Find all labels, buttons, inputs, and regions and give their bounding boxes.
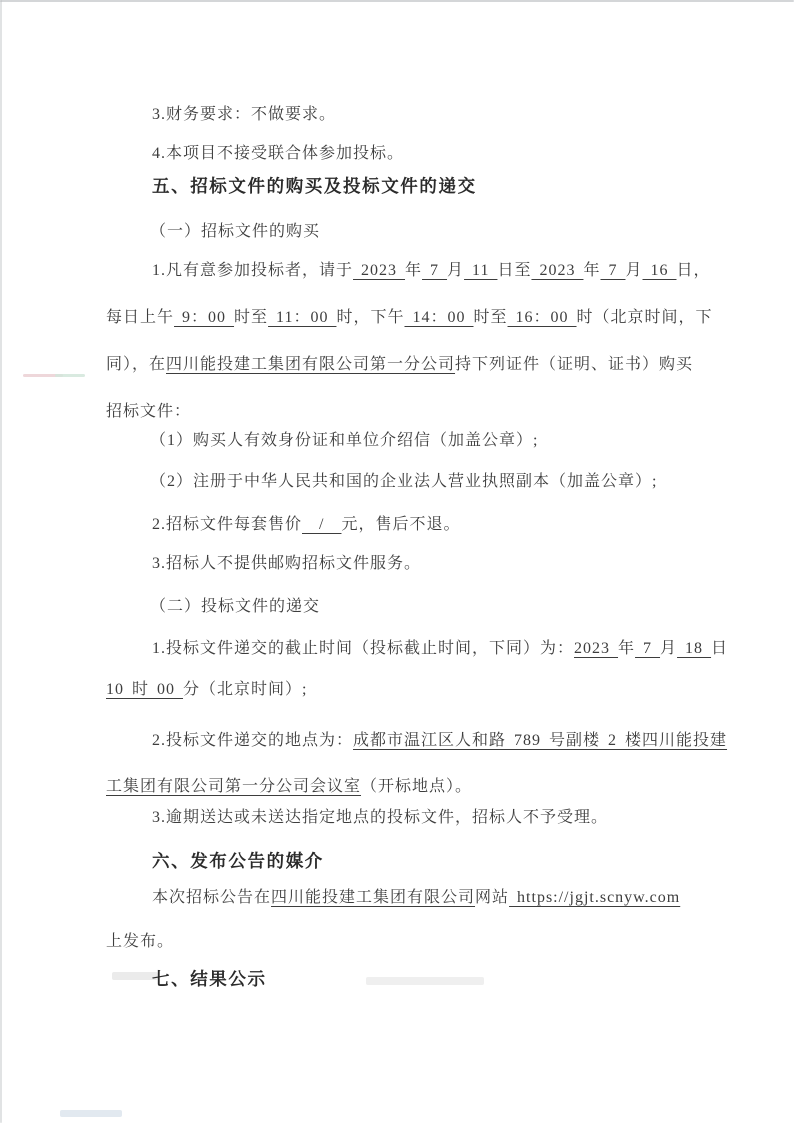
smudge-gray-right-of-heading7: [366, 977, 484, 985]
text-run: （1）购买人有效身份证和单位介绍信（加盖公章）;: [150, 432, 538, 449]
text-run: 招标文件：: [106, 403, 191, 420]
scan-left-edge: [0, 0, 2, 1123]
document-line-certificate-2: （2）注册于中华人民共和国的企业法人营业执照副本（加盖公章）;: [150, 470, 657, 494]
text-run: 3.逾期送达或未送达指定地点的投标文件，招标人不予受理。: [152, 809, 608, 826]
underlined-text: 11：00: [268, 309, 336, 326]
document-page: 3.财务要求：不做要求。4.本项目不接受联合体参加投标。五、招标文件的购买及投标…: [0, 0, 794, 1123]
text-run: 3.财务要求：不做要求。: [152, 106, 336, 123]
document-line-deadline-line2: 10 时 00 分（北京时间）;: [106, 678, 307, 702]
text-run: 2.投标文件递交的地点为：: [152, 732, 353, 749]
text-run: 本次招标公告在: [152, 889, 271, 906]
text-run: 2.招标文件每套售价: [152, 516, 302, 533]
document-line-item3-finance: 3.财务要求：不做要求。: [152, 103, 336, 127]
smudge-pink: [23, 374, 63, 377]
document-line-purchase-para-line2: 每日上午 9：00 时至 11：00 时，下午 14：00 时至 16：00 时…: [106, 306, 713, 330]
underlined-text: 7: [600, 262, 625, 279]
document-line-purchase-para-line1: 1.凡有意参加投标者，请于 2023 年 7 月 11 日至 2023 年 7 …: [152, 259, 711, 283]
underlined-text: 18: [677, 640, 711, 657]
document-line-heading-section-6: 六、发布公告的媒介: [152, 849, 324, 873]
underlined-text: 9：00: [174, 309, 234, 326]
document-line-deadline-line1: 1.投标文件递交的截止时间（投标截止时间，下同）为：2023 年 7 月 18 …: [152, 637, 728, 661]
document-line-address-line2: 工集团有限公司第一分公司会议室（开标地点）。: [106, 775, 472, 799]
text-run: 年: [405, 262, 422, 279]
document-line-media-line1: 本次招标公告在四川能投建工集团有限公司网站 https://jgjt.scnyw…: [152, 886, 680, 910]
text-run: 月: [625, 262, 642, 279]
document-line-subsection-2-title: （二）投标文件的递交: [150, 595, 320, 619]
text-run: （二）投标文件的递交: [150, 598, 320, 615]
text-run: 日: [711, 640, 728, 657]
underlined-text: 11: [464, 262, 497, 279]
underlined-text: 7: [635, 640, 660, 657]
text-run: 时至: [234, 309, 268, 326]
underlined-text: 四川能投建工集团有限公司第一分公司: [166, 356, 455, 373]
underlined-text: 成都市温江区人和路 789 号副楼 2 楼四川能投建: [353, 732, 727, 749]
document-line-subsection-1-title: （一）招标文件的购买: [150, 220, 320, 244]
document-line-address-line1: 2.投标文件递交的地点为：成都市温江区人和路 789 号副楼 2 楼四川能投建: [152, 729, 727, 753]
document-line-heading-section-7: 七、结果公示: [152, 967, 267, 991]
text-run: 同），在: [106, 356, 166, 373]
scan-top-edge: [0, 0, 794, 2]
underlined-text: 四川能投建工集团有限公司: [271, 889, 475, 906]
underlined-text: 工集团有限公司第一分公司会议室: [106, 778, 361, 795]
text-run: 日至: [497, 262, 531, 279]
underlined-text: 7: [422, 262, 447, 279]
text-run: （一）招标文件的购买: [150, 223, 320, 240]
text-run: 日，: [677, 262, 711, 279]
text-run: 月: [447, 262, 464, 279]
underlined-text: 10 时 00: [106, 681, 183, 698]
underlined-text: 2023: [353, 262, 405, 279]
text-run: 4.本项目不接受联合体参加投标。: [152, 145, 404, 162]
document-line-item3-late-delivery: 3.逾期送达或未送达指定地点的投标文件，招标人不予受理。: [152, 806, 608, 830]
text-run: 元，售后不退。: [341, 516, 460, 533]
smudge-blue-bottom-left: [60, 1110, 122, 1117]
smudge-green: [55, 374, 85, 377]
document-line-purchase-para-line4: 招标文件：: [106, 400, 191, 424]
document-line-item4-consortium: 4.本项目不接受联合体参加投标。: [152, 142, 404, 166]
text-run: 3.招标人不提供邮购招标文件服务。: [152, 555, 421, 572]
text-run: （开标地点）。: [361, 778, 472, 795]
underlined-text: 14：00: [404, 309, 473, 326]
text-run: 1.凡有意参加投标者，请于: [152, 262, 353, 279]
underlined-text: https://jgjt.scnyw.com: [509, 889, 680, 906]
text-run: 月: [660, 640, 677, 657]
text-run: 1.投标文件递交的截止时间（投标截止时间，下同）为：: [152, 640, 574, 657]
underlined-text: 16：00: [508, 309, 577, 326]
text-run: 上发布。: [106, 933, 174, 950]
text-run: 每日上午: [106, 309, 174, 326]
document-line-purchase-para-line3: 同），在四川能投建工集团有限公司第一分公司持下列证件（证明、证书）购买: [106, 353, 693, 377]
document-line-certificate-1: （1）购买人有效身份证和单位介绍信（加盖公章）;: [150, 429, 538, 453]
underlined-text: /: [302, 516, 341, 533]
text-run: 网站: [475, 889, 509, 906]
text-run: 七、结果公示: [152, 969, 267, 989]
document-line-media-line2: 上发布。: [106, 930, 174, 954]
text-run: 年: [618, 640, 635, 657]
text-run: 时（北京时间，下: [577, 309, 713, 326]
text-run: 时至: [474, 309, 508, 326]
document-line-item3-no-mail: 3.招标人不提供邮购招标文件服务。: [152, 552, 421, 576]
text-run: 年: [583, 262, 600, 279]
text-run: 持下列证件（证明、证书）购买: [455, 356, 693, 373]
underlined-text: 16: [643, 262, 677, 279]
text-run: （2）注册于中华人民共和国的企业法人营业执照副本（加盖公章）;: [150, 473, 657, 490]
text-run: 时，下午: [336, 309, 404, 326]
underlined-text: 2023: [531, 262, 583, 279]
text-run: 六、发布公告的媒介: [152, 851, 324, 871]
text-run: 分（北京时间）;: [183, 681, 307, 698]
document-line-item2-price: 2.招标文件每套售价 / 元，售后不退。: [152, 513, 460, 537]
text-run: 五、招标文件的购买及投标文件的递交: [152, 176, 477, 196]
document-line-heading-section-5: 五、招标文件的购买及投标文件的递交: [152, 174, 477, 198]
underlined-text: 2023: [574, 640, 618, 657]
